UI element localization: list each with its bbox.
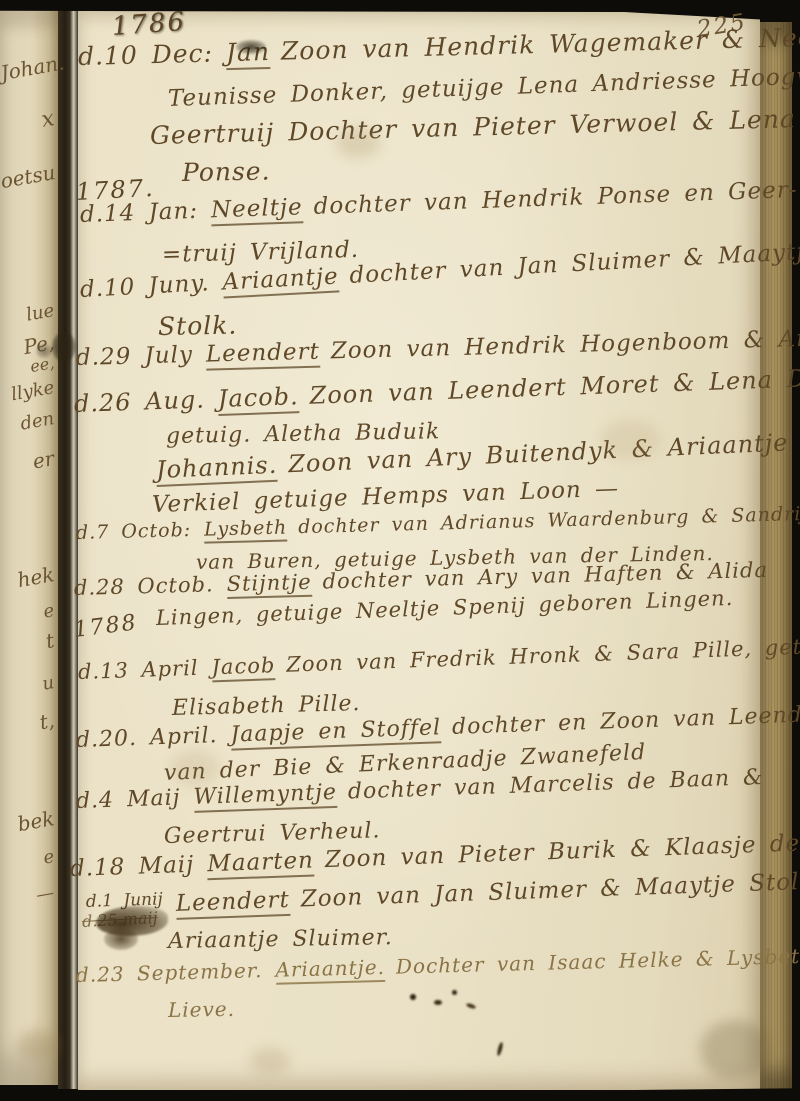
ink-blot bbox=[52, 332, 76, 362]
paper-stain bbox=[18, 1030, 58, 1060]
entry-date: d.18 Maij bbox=[70, 852, 195, 882]
child-name: Leendert bbox=[206, 339, 321, 371]
child-name: Ariaantje bbox=[222, 263, 340, 298]
entry-text: Lieve. bbox=[168, 997, 235, 1022]
entry-date: d.29 July bbox=[76, 342, 194, 371]
ink-smudge bbox=[236, 40, 266, 54]
paper-stain bbox=[336, 128, 380, 158]
entry-date: d.4 Maij bbox=[76, 785, 181, 814]
child-name: Johannis. bbox=[155, 451, 278, 487]
entry-date: d.28 Octob. bbox=[74, 572, 214, 600]
paper-stain bbox=[250, 1048, 290, 1074]
ink-speck bbox=[452, 990, 457, 995]
register-line: Ariaantje Sluimer. bbox=[168, 925, 393, 954]
ink-speck bbox=[434, 1000, 442, 1005]
register-line: Lieve. bbox=[168, 997, 235, 1022]
book-gutter bbox=[58, 9, 78, 1089]
year-heading-1786: 1786 bbox=[111, 7, 187, 42]
register-line: Ponse. bbox=[182, 156, 271, 187]
child-name: Jacob bbox=[211, 653, 276, 682]
entry-date: d.7 Octob: bbox=[76, 519, 192, 544]
child-name: Neeltje bbox=[211, 194, 304, 226]
ink-blot bbox=[36, 344, 52, 358]
paper-stain bbox=[600, 420, 660, 460]
entry-date: d.14 Jan: bbox=[80, 198, 199, 228]
child-name: Leendert bbox=[175, 887, 290, 920]
child-name: Ariaantje. bbox=[275, 955, 385, 985]
child-name: Maarten bbox=[207, 847, 315, 880]
register-line: Stolk. bbox=[158, 311, 238, 341]
entry-text: Ariaantje Sluimer. bbox=[168, 925, 393, 954]
child-name: Lysbeth bbox=[204, 516, 288, 543]
entry-date: d.23 September. bbox=[76, 958, 263, 987]
entry-date: d.13 April bbox=[78, 656, 199, 684]
ink-blot bbox=[104, 928, 138, 950]
ink-speck bbox=[410, 994, 416, 1000]
child-name: Willemyntje bbox=[193, 780, 337, 813]
scan-background-right bbox=[792, 0, 800, 1101]
entry-text: Ponse. bbox=[182, 156, 271, 187]
paper-stain bbox=[170, 750, 220, 786]
child-name: Stijntje bbox=[226, 570, 312, 599]
child-name: Jacob. bbox=[217, 382, 299, 416]
entry-text: Elisabeth Pille. bbox=[172, 691, 361, 721]
paper-stain bbox=[700, 1020, 770, 1080]
entry-date: d.20. April. bbox=[76, 723, 218, 753]
entry-text: Stolk. bbox=[158, 311, 238, 341]
register-line: Elisabeth Pille. bbox=[172, 691, 361, 721]
scanned-register-page: 225 1786 1787. 1788 d.10 Dec:JanZoon van… bbox=[0, 0, 800, 1101]
entry-date: d.10 Dec: bbox=[78, 38, 214, 71]
entry-date: d.26 Aug. bbox=[74, 385, 206, 418]
